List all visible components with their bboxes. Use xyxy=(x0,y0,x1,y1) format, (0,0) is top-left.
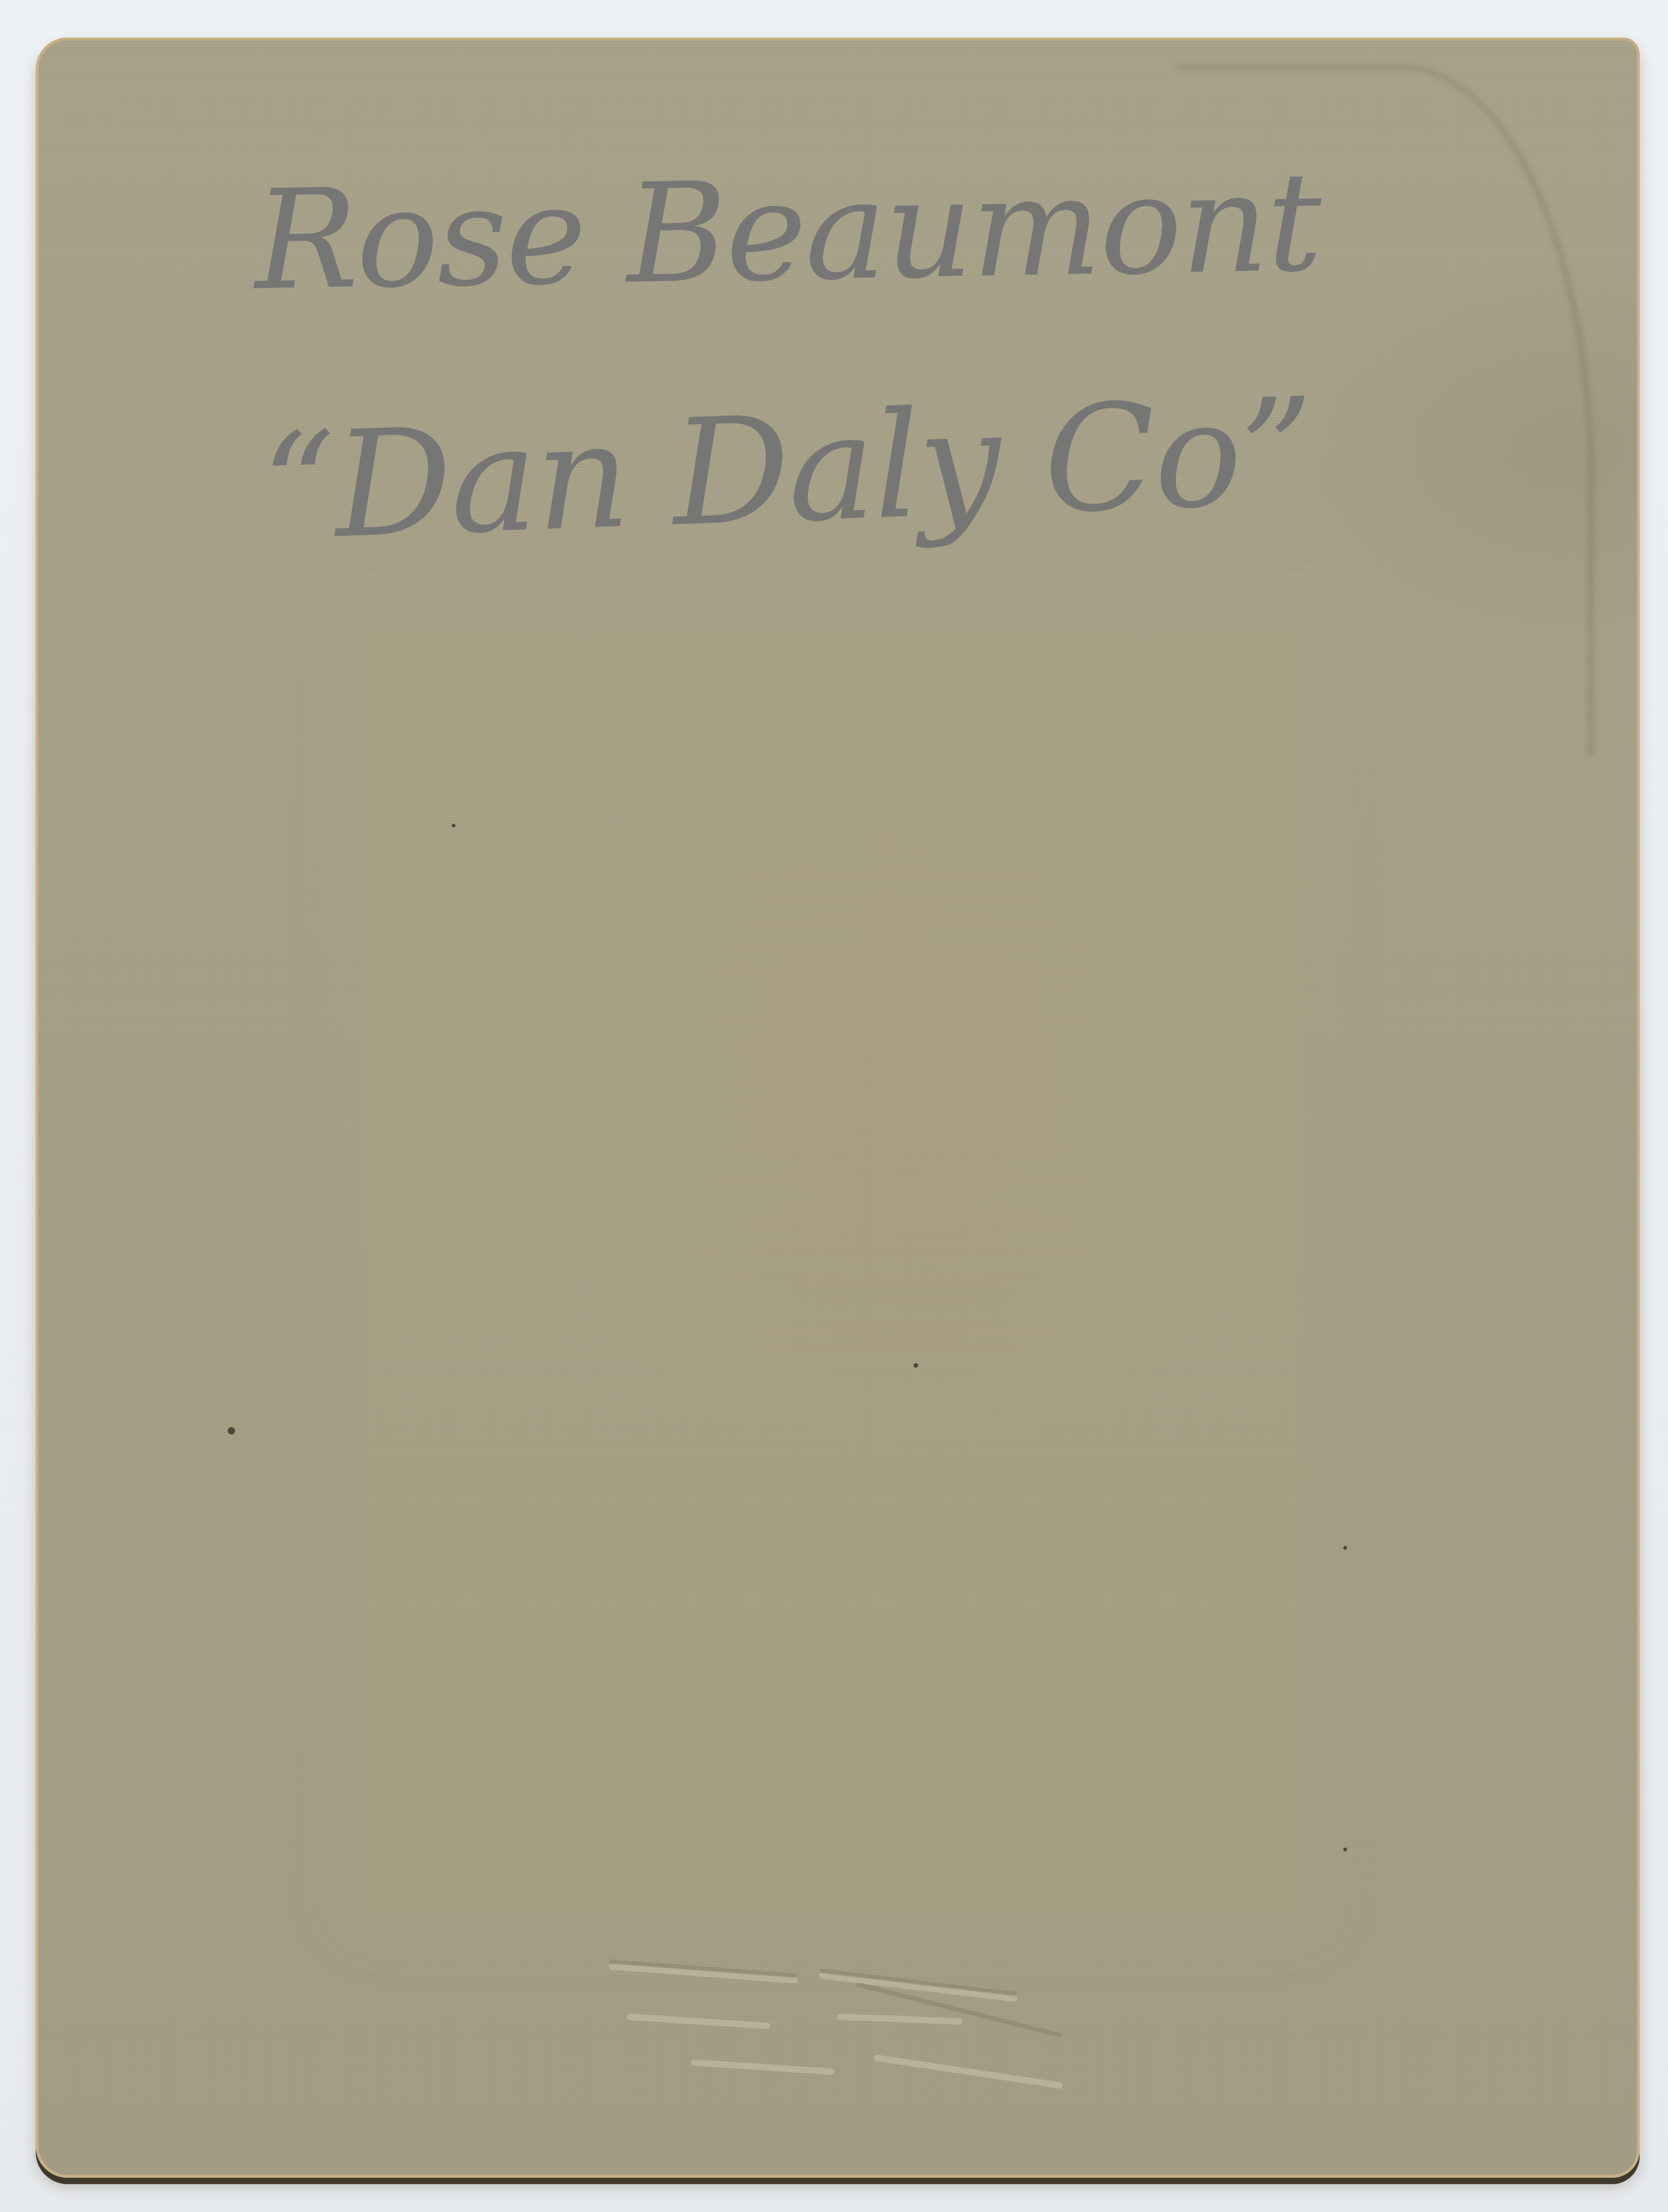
paper-speck xyxy=(452,824,455,827)
handwritten-name: Rose Beaumont xyxy=(0,138,1591,325)
embossed-stamp-mark xyxy=(603,1948,1096,2099)
paper-speck xyxy=(1343,1546,1347,1550)
paper-speck xyxy=(914,1363,918,1368)
paper-speck xyxy=(228,1427,235,1434)
photo-mount-shadow xyxy=(365,632,1302,1912)
paper-speck xyxy=(1343,1848,1347,1851)
cabinet-card-back: Rose Beaumont “Dan Daly Co” xyxy=(36,37,1640,2178)
